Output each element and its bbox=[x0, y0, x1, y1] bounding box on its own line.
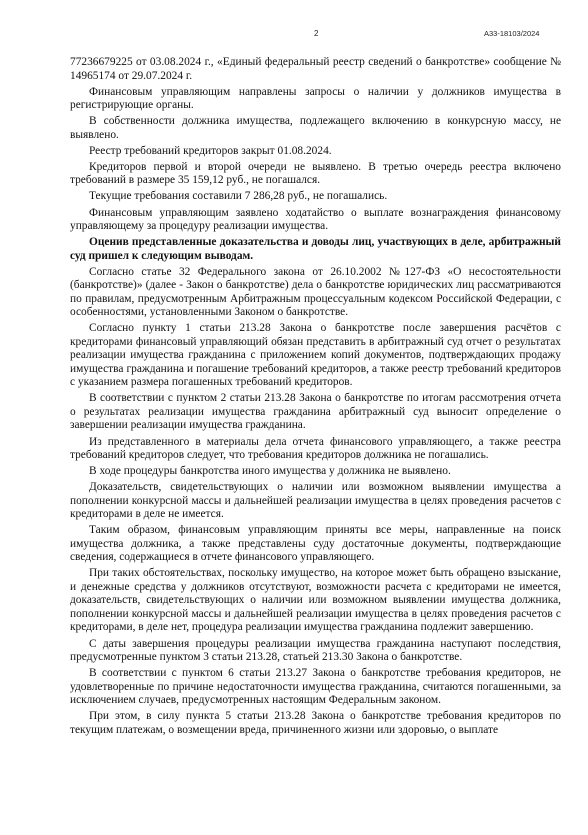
paragraph: Реестр требований кредиторов закрыт 01.0… bbox=[70, 145, 561, 159]
paragraph: Согласно пункту 1 статьи 213.28 Закона о… bbox=[70, 322, 561, 390]
paragraph: 77236679225 от 03.08.2024 г., «Единый фе… bbox=[70, 56, 561, 83]
paragraph: Финансовым управляющим направлены запрос… bbox=[70, 86, 561, 113]
paragraph: В соответствии с пунктом 6 статьи 213.27… bbox=[70, 667, 561, 708]
paragraph: При этом, в силу пункта 5 статьи 213.28 … bbox=[70, 710, 561, 737]
paragraph: Текущие требования составили 7 286,28 ру… bbox=[70, 190, 561, 204]
paragraph: Таким образом, финансовым управляющим пр… bbox=[70, 524, 561, 565]
heading-paragraph: Оценив представленные доказательства и д… bbox=[70, 236, 561, 263]
page-number: 2 bbox=[314, 29, 318, 38]
paragraph: При таких обстоятельствах, поскольку иму… bbox=[70, 567, 561, 635]
paragraph: Из представленного в материалы дела отче… bbox=[70, 436, 561, 463]
case-number: А33-18103/2024 bbox=[484, 29, 539, 38]
document-page: 2 А33-18103/2024 77236679225 от 03.08.20… bbox=[0, 0, 588, 835]
document-body: 77236679225 от 03.08.2024 г., «Единый фе… bbox=[70, 56, 561, 740]
paragraph: Финансовым управляющим заявлено ходатайс… bbox=[70, 207, 561, 234]
paragraph: В соответствии с пунктом 2 статьи 213.28… bbox=[70, 392, 561, 433]
paragraph: Согласно статье 32 Федерального закона о… bbox=[70, 266, 561, 320]
paragraph: В собственности должника имущества, подл… bbox=[70, 115, 561, 142]
paragraph: Доказательств, свидетельствующих о налич… bbox=[70, 481, 561, 522]
paragraph: В ходе процедуры банкротства иного имуще… bbox=[70, 465, 561, 479]
paragraph: С даты завершения процедуры реализации и… bbox=[70, 638, 561, 665]
paragraph: Кредиторов первой и второй очереди не вы… bbox=[70, 161, 561, 188]
